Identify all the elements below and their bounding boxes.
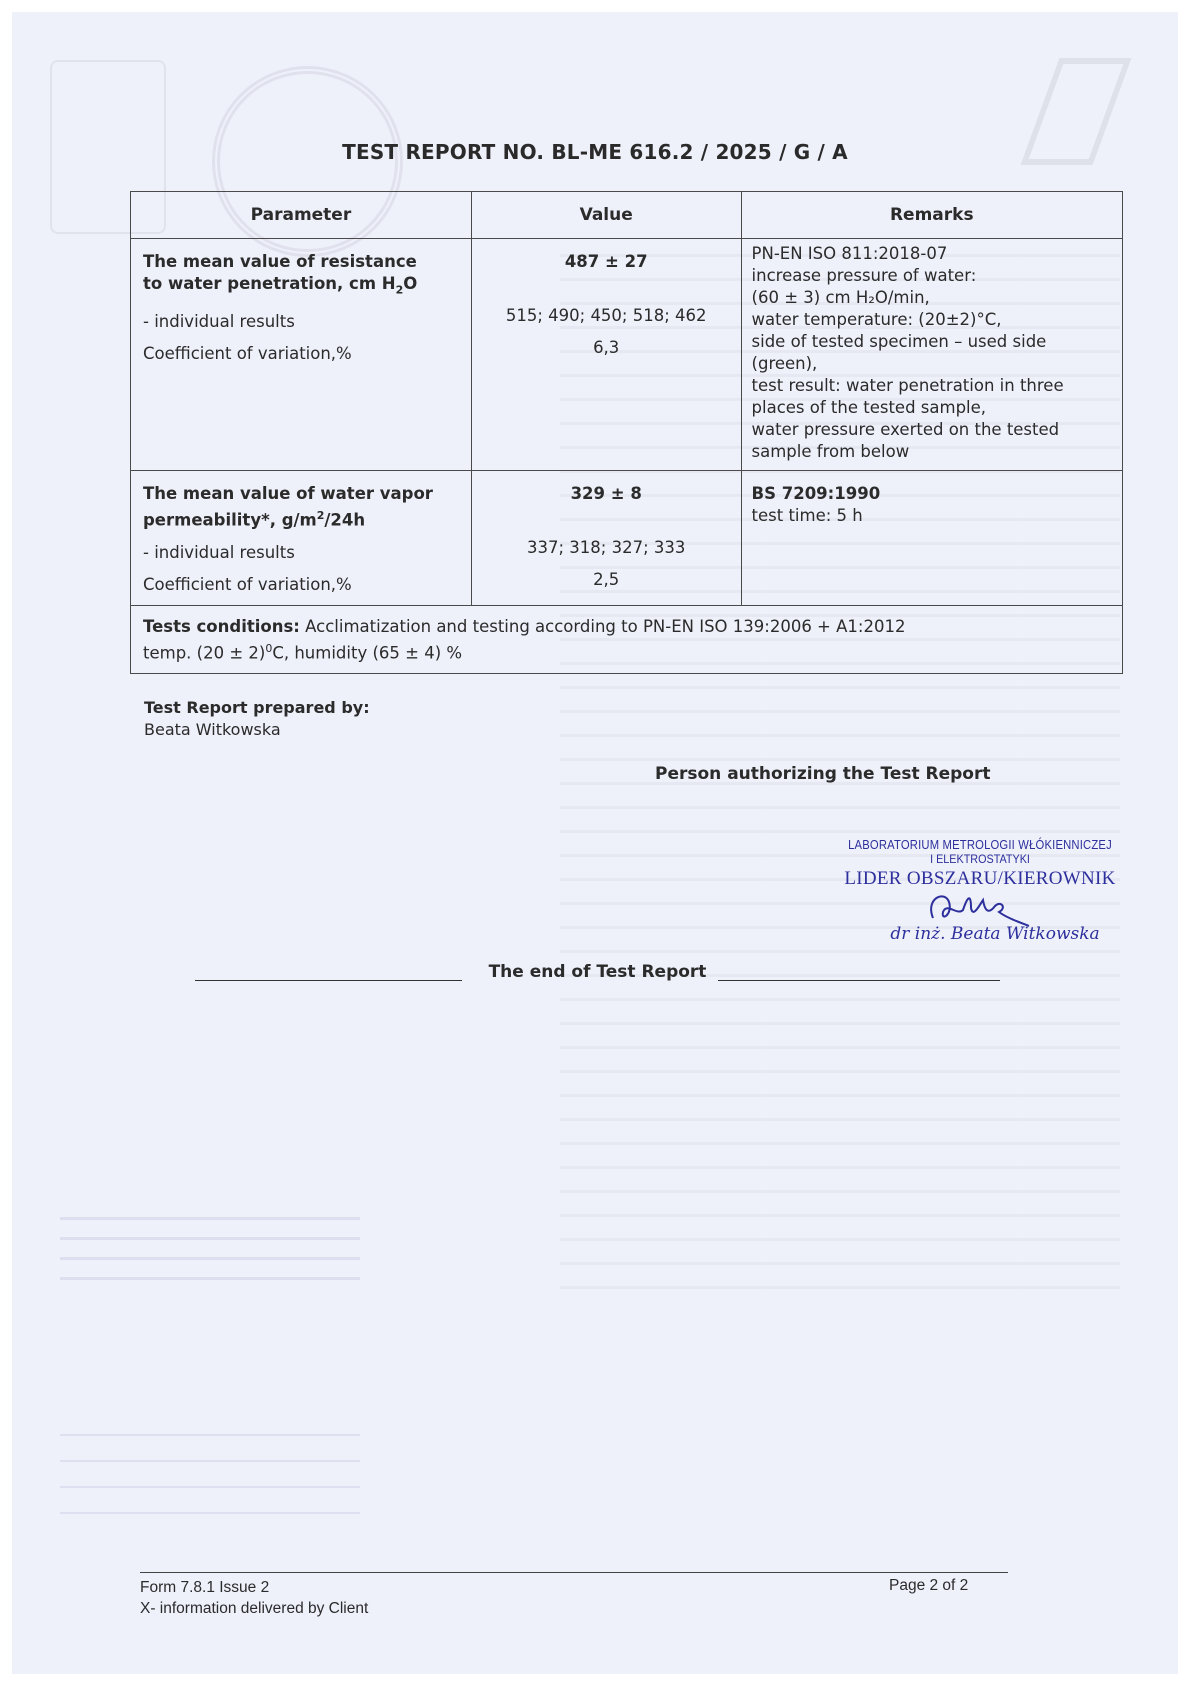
value-cell: 487 ± 27 515; 490; 450; 518; 462 6,3 (471, 239, 741, 471)
parameter-cell: The mean value of water vapor permeabili… (131, 471, 472, 606)
remarks-cell: PN-EN ISO 811:2018-07 increase pressure … (741, 239, 1122, 471)
remark-standard: BS 7209:1990 (752, 483, 1116, 505)
remark-line: places of the tested sample, (752, 397, 1116, 419)
conditions-cell: Tests conditions: Acclimatization and te… (131, 606, 1123, 674)
remark-line: side of tested specimen – used side (752, 331, 1116, 353)
mean-value: 329 ± 8 (478, 483, 735, 505)
remarks-cell: BS 7209:1990 test time: 5 h (741, 471, 1122, 606)
authorization-stamp: LABORATORIUM METROLOGII WŁÓKIENNICZEJ I … (820, 838, 1140, 944)
remark-line: water temperature: (20±2)°C, (752, 309, 1116, 331)
header-parameter: Parameter (131, 192, 472, 239)
remark-line: sample from below (752, 441, 1116, 463)
remark-line: (60 ± 3) cm H₂O/min, (752, 287, 1116, 309)
page-number: Page 2 of 2 (889, 1577, 968, 1595)
stamp-role: LIDER OBSZARU/KIEROWNIK (820, 868, 1140, 890)
remark-line: test result: water penetration in three (752, 375, 1116, 397)
header-remarks: Remarks (741, 192, 1122, 239)
end-of-report-text: The end of Test Report (195, 962, 1000, 982)
value-cell: 329 ± 8 337; 318; 327; 333 2,5 (471, 471, 741, 606)
remark-line: (green), (752, 353, 1116, 375)
remark-line: water pressure exerted on the tested (752, 419, 1116, 441)
stamp-lab-name: LABORATORIUM METROLOGII WŁÓKIENNICZEJ (836, 838, 1124, 852)
table-row: The mean value of water vapor permeabili… (131, 471, 1123, 606)
individual-results-label: - individual results (143, 542, 461, 564)
parameter-cell: The mean value of resistance to water pe… (131, 239, 472, 471)
remark-line: PN-EN ISO 811:2018-07 (752, 243, 1116, 265)
results-table: Parameter Value Remarks The mean value o… (130, 191, 1123, 674)
conditions-row: Tests conditions: Acclimatization and te… (131, 606, 1123, 674)
individual-values: 515; 490; 450; 518; 462 (478, 305, 735, 327)
ghost-reverse-signature (60, 1420, 360, 1530)
individual-results-label: - individual results (143, 311, 461, 333)
header-value: Value (471, 192, 741, 239)
footer-form: Form 7.8.1 Issue 2 (140, 1577, 368, 1598)
footer-divider (140, 1572, 1008, 1573)
stamp-lab-subname: I ELEKTROSTATYKI (836, 852, 1124, 866)
prepared-by-label: Test Report prepared by: (144, 697, 370, 719)
parameter-title: The mean value of water vapor permeabili… (143, 483, 461, 532)
end-line-right (718, 980, 1000, 981)
table-row: The mean value of resistance to water pe… (131, 239, 1123, 471)
report-title: TEST REPORT NO. BL-ME 616.2 / 2025 / G /… (0, 140, 1190, 164)
conditions-line2: temp. (20 ± 2)0C, humidity (65 ± 4) % (143, 638, 1110, 665)
mean-value: 487 ± 27 (478, 251, 735, 273)
footer-left: Form 7.8.1 Issue 2 X- information delive… (140, 1577, 368, 1619)
cv-label: Coefficient of variation,% (143, 343, 461, 365)
prepared-by-name: Beata Witkowska (144, 719, 370, 741)
authorizing-label: Person authorizing the Test Report (655, 764, 990, 784)
cv-value: 2,5 (478, 569, 735, 591)
individual-values: 337; 318; 327; 333 (478, 537, 735, 559)
ghost-reverse-stamp (60, 1205, 360, 1285)
prepared-by-block: Test Report prepared by: Beata Witkowska (144, 697, 370, 741)
end-of-report: The end of Test Report (195, 962, 1000, 988)
cv-label: Coefficient of variation,% (143, 574, 461, 596)
conditions-text: Acclimatization and testing according to… (300, 617, 906, 636)
parameter-title: The mean value of resistance to water pe… (143, 251, 461, 301)
cv-value: 6,3 (478, 337, 735, 359)
remark-line: increase pressure of water: (752, 265, 1116, 287)
table-header-row: Parameter Value Remarks (131, 192, 1123, 239)
remark-line: test time: 5 h (752, 505, 1116, 527)
footer-note: X- information delivered by Client (140, 1598, 368, 1619)
signature-icon (820, 890, 1140, 924)
conditions-label: Tests conditions: (143, 617, 300, 636)
